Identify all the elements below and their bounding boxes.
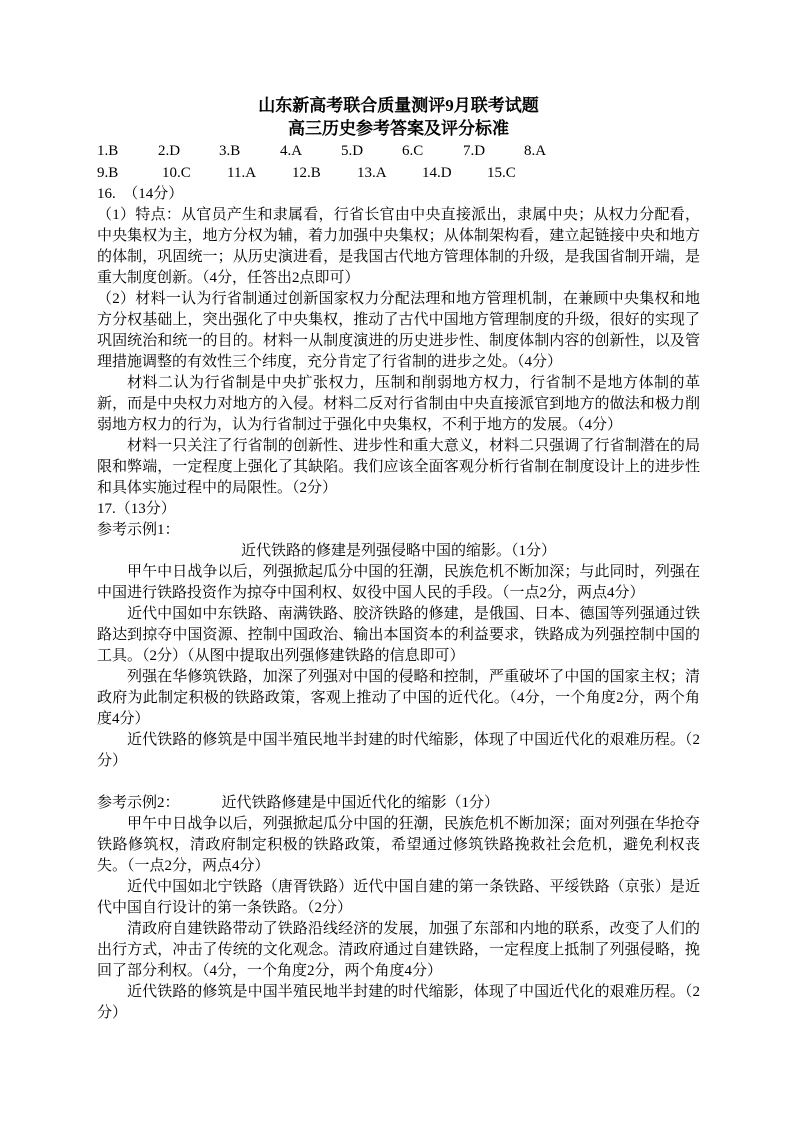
answer-item: 15.C	[487, 162, 552, 184]
question-16-answer-part2: （2）材料一认为行省制通过创新国家权力分配法理和地方管理机制，在兼顾中央集权和地…	[97, 289, 700, 373]
example-2-paragraph-2: 近代中国如北宁铁路（唐胥铁路）近代中国自建的第一条铁路、平绥铁路（京张）是近代中…	[97, 877, 700, 919]
choice-answers-row-2: 9.B 10.C 11.A 12.B 13.A 14.D 15.C	[97, 162, 700, 184]
example-2-paragraph-1: 甲午中日战争以后，列强掀起瓜分中国的狂潮，民族危机不断加深；面对列强在华抢夺铁路…	[97, 814, 700, 877]
question-17-example-1: 参考示例1： 近代铁路的修建是列强侵略中国的缩影。（1分） 甲午中日战争以后，列…	[97, 520, 700, 772]
example-2-paragraph-3: 清政府自建铁路带动了铁路沿线经济的发展，加强了东部和内地的联系，改变了人们的出行…	[97, 919, 700, 982]
question-17-heading: 17.（13分）	[97, 499, 700, 520]
answer-item: 3.B	[219, 140, 280, 162]
example-2-label-line: 参考示例2：近代铁路修建是中国近代化的缩影（1分）	[97, 793, 700, 814]
example-2-label: 参考示例2：	[97, 795, 180, 811]
answer-item: 1.B	[97, 140, 158, 162]
question-17-section: 17.（13分） 参考示例1： 近代铁路的修建是列强侵略中国的缩影。（1分） 甲…	[97, 499, 700, 1024]
answer-item: 13.A	[357, 162, 422, 184]
exam-title: 山东新高考联合质量测评9月联考试题	[97, 94, 700, 117]
example-1-paragraph-4: 近代铁路的修筑是中国半殖民地半封建的时代缩影，体现了中国近代化的艰难历程。（2分…	[97, 730, 700, 772]
example-2-paragraph-4: 近代铁路的修筑是中国半殖民地半封建的时代缩影，体现了中国近代化的艰难历程。（2分…	[97, 982, 700, 1024]
question-17-example-2: 参考示例2：近代铁路修建是中国近代化的缩影（1分） 甲午中日战争以后，列强掀起瓜…	[97, 793, 700, 1024]
answer-item: 14.D	[422, 162, 487, 184]
question-16-answer-part1: （1）特点：从官员产生和隶属看，行省长官由中央直接派出，隶属中央；从权力分配看，…	[97, 205, 700, 289]
example-1-paragraph-3: 列强在华修筑铁路，加深了列强对中国的侵略和控制，严重破坏了中国的国家主权；清政府…	[97, 667, 700, 730]
answer-item: 9.B	[97, 162, 162, 184]
answer-item: 5.D	[341, 140, 402, 162]
answer-item: 8.A	[524, 140, 585, 162]
example-1-paragraph-2: 近代中国如中东铁路、南满铁路、胶济铁路的修建，是俄国、日本、德国等列强通过铁路达…	[97, 604, 700, 667]
blank-line-separator	[97, 772, 700, 793]
example-2-thesis: 近代铁路修建是中国近代化的缩影（1分）	[222, 793, 500, 814]
answer-item: 11.A	[227, 162, 292, 184]
example-1-thesis: 近代铁路的修建是列强侵略中国的缩影。（1分）	[97, 541, 700, 562]
choice-answers-row-1: 1.B 2.D 3.B 4.A 5.D 6.C 7.D 8.A	[97, 140, 700, 162]
question-16-answer-part4: 材料一只关注了行省制的创新性、进步性和重大意义，材料二只强调了行省制潜在的局限和…	[97, 436, 700, 499]
answer-item: 10.C	[162, 162, 227, 184]
example-1-paragraph-1: 甲午中日战争以后，列强掀起瓜分中国的狂潮，民族危机不断加深；与此同时，列强在中国…	[97, 562, 700, 604]
answer-item: 4.A	[280, 140, 341, 162]
answer-item: 6.C	[402, 140, 463, 162]
answer-item: 12.B	[292, 162, 357, 184]
question-16-section: 16. （14分） （1）特点：从官员产生和隶属看，行省长官由中央直接派出，隶属…	[97, 184, 700, 499]
question-16-answer-part3: 材料二认为行省制是中央扩张权力，压制和削弱地方权力，行省制不是地方体制的革新，而…	[97, 373, 700, 436]
document-page: 山东新高考联合质量测评9月联考试题 高三历史参考答案及评分标准 1.B 2.D …	[0, 0, 794, 1123]
answer-item: 2.D	[158, 140, 219, 162]
question-16-heading: 16. （14分）	[97, 184, 700, 205]
answer-key-subtitle: 高三历史参考答案及评分标准	[97, 117, 700, 140]
answer-item: 7.D	[463, 140, 524, 162]
example-1-label: 参考示例1：	[97, 520, 700, 541]
